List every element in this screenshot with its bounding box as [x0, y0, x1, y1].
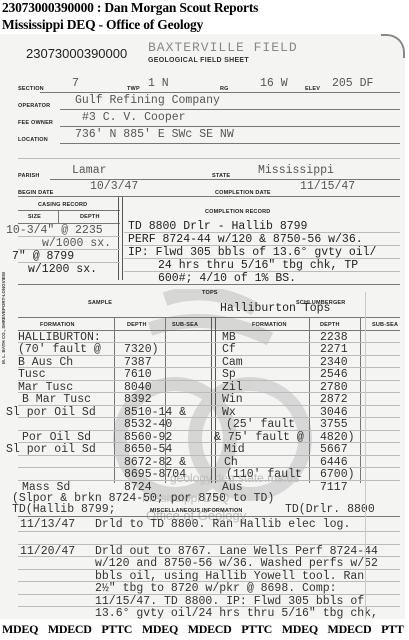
elev-value: 205 DF — [332, 77, 373, 90]
completion-record-label: COMPLETION RECORD — [205, 209, 270, 215]
misc-info-label: MISCELLANEOUS INFORMATION — [150, 508, 243, 514]
parish-value: Lamar — [72, 164, 107, 177]
halliburton-depth: 7117 — [320, 481, 348, 494]
casing-size-label: SIZE — [28, 214, 41, 220]
operator-label: OPERATOR — [18, 103, 50, 109]
state-value: Mississippi — [258, 164, 334, 177]
casing-record-label: CASING RECORD — [38, 202, 87, 208]
geological-field-sheet: geology.deq.state.ms.us Mississippi DEQ … — [0, 34, 405, 619]
report-subtitle: Mississippi DEQ - Office of Geology — [2, 17, 203, 33]
td-hallib: TD(Hallib 8799; — [12, 503, 116, 516]
sample-depth-header: DEPTH — [127, 322, 147, 328]
misc-date: 11/13/47 — [20, 518, 75, 531]
casing-depth-label: DEPTH — [80, 214, 100, 220]
sample-formation-header: FORMATION — [40, 322, 75, 328]
halliburton-tops-title: Halliburton Tops — [220, 302, 330, 315]
td-drlr: TD(Drlr. 8800 — [285, 503, 375, 516]
right-formation-header: FORMATION — [252, 322, 287, 328]
field-name: BAXTERVILLE FIELD — [148, 40, 298, 55]
location-label: LOCATION — [18, 137, 48, 143]
section-value: 7 — [72, 77, 79, 90]
printer-imprint: M. L. BATH CO., SHREVEPORT-LONGVIEW — [1, 272, 6, 364]
report-title: 23073000390000 : Dan Morgan Scout Report… — [2, 0, 258, 16]
misc-text: Drld to TD 8800. Ran Hallib elec log. — [95, 518, 350, 531]
fee-owner-value: #3 C. V. Cooper — [82, 111, 186, 124]
parish-label: PARISH — [18, 173, 40, 179]
right-subsea-header: SUB-SEA — [372, 322, 398, 328]
rg-value: 16 W — [260, 77, 288, 90]
operator-value: Gulf Refining Company — [75, 94, 220, 107]
completion-date-value: 11/15/47 — [300, 180, 355, 193]
casing-line-4: w/1200 sx. — [28, 263, 97, 276]
form-title: GEOLOGICAL FIELD SHEET — [148, 57, 249, 64]
sample-subsea-header: SUB-SEA — [172, 322, 198, 328]
fee-owner-label: FEE OWNER — [18, 120, 53, 126]
begin-date-value: 10/3/47 — [90, 180, 138, 193]
api-number: 23073000390000 — [26, 46, 127, 61]
tops-label: TOPS — [202, 290, 218, 296]
right-depth-header: DEPTH — [320, 322, 340, 328]
twp-value: 1 N — [148, 77, 169, 90]
sample-label: SAMPLE — [88, 300, 112, 306]
misc-text: 13.6° gvty oil/24 hrs thru 5/16" tbg chk… — [95, 607, 378, 619]
location-value: 736' N 885' E SWc SE NW — [75, 128, 234, 141]
footer-banner: MDEQ MDECD PTTC MDEQ MDECD PTTC MDEQ MDE… — [2, 622, 404, 637]
